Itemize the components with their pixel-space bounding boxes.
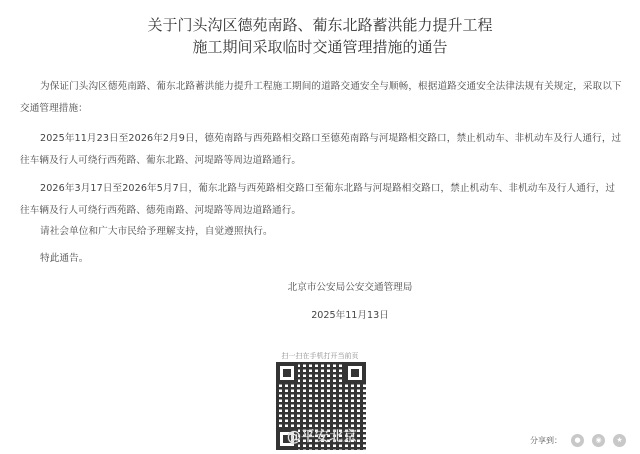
qzone-icon[interactable]: ★: [613, 434, 626, 447]
notice-title-line1: 关于门头沟区德苑南路、葡东北路蓄洪能力提升工程: [0, 14, 640, 36]
issue-date: 2025年11月13日: [250, 307, 450, 321]
share-label: 分享到：: [530, 435, 562, 446]
watermark: @平安北京: [262, 426, 382, 448]
weibo-icon[interactable]: ◉: [592, 434, 605, 447]
qr-finder-pattern: [276, 362, 298, 384]
paragraph-measure-1: 2025年11月23日至2026年2月9日，德苑南路与西苑路相交路口至德苑南路与…: [20, 128, 622, 172]
paragraph-request: 请社会单位和广大市民给予理解支持，自觉遵照执行。: [20, 221, 622, 243]
paragraph-closing: 特此通告。: [20, 248, 622, 270]
paragraph-measure-2: 2026年3月17日至2026年5月7日，葡东北路与西苑路相交路口至葡东北路与河…: [20, 178, 622, 222]
qr-finder-pattern: [344, 362, 366, 384]
notice-title-line2: 施工期间采取临时交通管理措施的通告: [0, 36, 640, 58]
wechat-icon[interactable]: ●: [571, 434, 584, 447]
notice-title: 关于门头沟区德苑南路、葡东北路蓄洪能力提升工程 施工期间采取临时交通管理措施的通…: [0, 14, 640, 58]
share-bar: 分享到： ● ◉ ★: [530, 432, 634, 448]
paragraph-intro: 为保证门头沟区德苑南路、葡东北路蓄洪能力提升工程施工期间的道路交通安全与顺畅，根…: [20, 76, 622, 120]
issuer-name: 北京市公安局公安交通管理局: [250, 279, 450, 293]
qr-caption: 扫一扫在手机打开当前页: [260, 351, 380, 361]
